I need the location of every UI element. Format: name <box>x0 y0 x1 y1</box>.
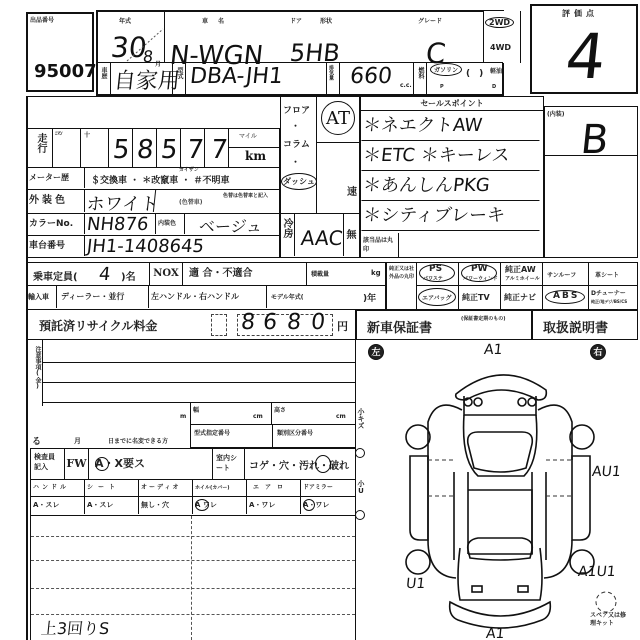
drive-box: 2WD 4WD <box>483 11 521 63</box>
damage-mark-left-rear: U1 <box>405 576 426 592</box>
equip-label: PS <box>429 264 442 274</box>
equip-ps: PS パワステ <box>417 263 459 285</box>
import-label: 輸入車 <box>27 286 57 308</box>
capacity-unit: )名 <box>121 268 136 283</box>
capacity-label: 乗車定員( <box>33 268 78 283</box>
fuel-label: 燃料 <box>416 67 425 79</box>
fuel-p: P <box>440 84 444 90</box>
meter-label: メーター歴 <box>27 168 85 188</box>
height-cell: 高さ cm <box>272 403 356 425</box>
sales-point-item: ＊あんしんPKG <box>361 171 542 201</box>
fuel-gasoline: ガソリン <box>430 63 462 76</box>
mileage-label: 走行 <box>33 133 48 153</box>
color-no-value: NH876 <box>86 214 150 235</box>
type-number-row: 型式指定番号 類別区分番号 <box>190 424 356 448</box>
class-label: 類別区分番号 <box>277 428 313 437</box>
manual-label: 取扱説明書 <box>543 317 608 336</box>
width-unit: cm <box>253 413 263 420</box>
equip-label: ABS <box>553 291 579 301</box>
part-header: ドアミラー <box>301 480 355 496</box>
fuel-d: D <box>492 84 496 90</box>
lot-label: 出品番号 <box>30 15 54 24</box>
damage-mark-right-rear: A1U1 <box>577 564 616 580</box>
repaint-label: (色替車) <box>179 197 203 206</box>
ac-none: 無 <box>343 214 359 256</box>
equip-label: PW <box>471 264 488 274</box>
capacity-row: 乗車定員( 4 )名 NOX 適 合・不適合 積載量 kg <box>26 262 386 286</box>
score-box: 評価点 4 <box>530 4 638 94</box>
inspector-label: 検査員記入 <box>31 449 65 479</box>
recycle-digit: 8 <box>240 310 257 335</box>
interior-color-label: 内装色 <box>155 214 185 234</box>
inspection-month-label: 月 <box>74 436 81 446</box>
interior-grade: B <box>579 117 611 163</box>
seat-label: 室内シート <box>213 449 245 479</box>
equip-sub: アルミホイール <box>505 275 540 282</box>
recycle-digit: 8 <box>286 310 303 335</box>
part-value: A・スレ <box>85 497 139 514</box>
equip-label: 純正TV <box>462 292 490 303</box>
equip-navi: 純正ナビ <box>501 286 543 309</box>
equip-pw: PW パワーウィンド <box>459 263 501 285</box>
color-label: 外装色 <box>27 190 85 212</box>
warranty-label: 新車保証書 <box>367 317 432 336</box>
notes-box: 注意事項(金) <box>26 340 356 408</box>
meter-kana: カイザン <box>179 166 199 173</box>
year-cell: 年式 30 8 月 <box>97 11 165 63</box>
mileage-digit-4: 5 <box>157 129 181 167</box>
speed-label: 速 <box>347 183 357 198</box>
shift-column: フロア ・ コラム ・ ダッシュ AT 速 <box>280 96 360 214</box>
part-selected-circle <box>303 499 315 511</box>
manual-cell: 取扱説明書 <box>532 310 638 340</box>
equip-label: サンルーフ <box>547 270 576 279</box>
mileage-digit-value: 5 <box>159 135 179 165</box>
sales-point-item: ＊シティブレーキ <box>361 201 542 231</box>
inspection-note: 日までに名変できる方 <box>108 436 168 445</box>
model-year-label: モデル年式( <box>271 292 303 301</box>
shift-labels: フロア ・ コラム ・ ダッシュ <box>281 97 317 213</box>
fw-label: FW <box>65 449 89 479</box>
car-name-label: 車名 <box>202 16 234 25</box>
lower-notes: 上3回りS <box>30 516 356 640</box>
fuel-diesel: 軽油 <box>490 66 502 75</box>
car-outline-icon <box>356 340 640 640</box>
capacity-value: 4 <box>98 264 112 285</box>
door-label: ドア <box>290 16 302 25</box>
inspection-year-label: る <box>32 434 41 447</box>
mileage-label-cell: 走行 <box>27 129 53 167</box>
center-divider <box>191 516 192 640</box>
part-value: 無し・穴 <box>139 497 193 514</box>
body-label: 形状 <box>320 16 332 25</box>
equip-label: Dチューナー <box>591 288 626 297</box>
meter-options: ＄交換車 ・ ＊改竄車 ・ ＃不明車 <box>91 173 230 186</box>
recycle-row: 預託済リサイクル料金 8 6 8 0 円 <box>26 310 356 340</box>
grade-cell: グレード C <box>400 11 480 63</box>
trans-value: AT <box>321 101 355 135</box>
shift-dash: ダッシュ <box>281 173 317 190</box>
equip-label: 純正ナビ <box>504 292 536 303</box>
shift-column-label: コラム <box>283 137 310 150</box>
part-header: ハンドル <box>31 480 85 496</box>
recycle-digit: 6 <box>262 310 279 335</box>
model-label-cell: 型式 <box>172 63 186 95</box>
equipment-side-label: 純正又は社外品の丸印 <box>387 263 417 309</box>
trans-cell: AT <box>317 97 359 143</box>
type-label: 型式指定番号 <box>191 425 273 447</box>
equip-leather: 革シート <box>589 263 637 285</box>
load-unit: kg <box>371 269 381 277</box>
displacement-label-cell: 排気量 <box>326 63 340 95</box>
lot-number: 95007 <box>34 61 97 82</box>
diagram-area: 左 右 小キズ 小U <box>356 340 640 640</box>
note-line <box>43 382 355 383</box>
inspector-row: 検査員記入 FW A・X要ス 室内シート コゲ・穴・汚れ・破れ <box>30 448 356 480</box>
damage-mark-rear: A1 <box>485 626 505 640</box>
displacement-label: 排気量 <box>328 65 335 80</box>
color-no-row: カラーNo. NH876 内装色 ベージュ <box>26 214 280 236</box>
score-value: 4 <box>562 20 609 93</box>
usage-label: 車歴 <box>99 67 108 79</box>
mileage-digit-value: 5 <box>111 135 131 165</box>
recycle-unit: 円 <box>337 318 348 334</box>
note-line <box>31 560 355 561</box>
recycle-digit-box <box>211 314 227 336</box>
nox-label: NOX <box>149 263 183 285</box>
length-unit: m <box>180 413 186 420</box>
equip-sunroof: サンルーフ <box>543 263 589 285</box>
interior-box: (内装) B <box>544 106 638 258</box>
equip-tv: 純正TV <box>459 286 501 309</box>
equip-label: 革シート <box>595 270 619 279</box>
shift-dot: ・ <box>291 155 300 168</box>
equip-sub: 純正/地デジ/BS/CS <box>591 299 627 305</box>
import-row: 輸入車 ディーラー・並行 左ハンドル・右ハンドル モデル年式( )年 <box>26 286 386 310</box>
interior-label: (内装) <box>547 109 565 118</box>
ac-value: AAC <box>300 226 344 250</box>
equip-sub: パワステ <box>423 275 443 282</box>
damage-mark-front: A1 <box>483 342 503 358</box>
score-label: 評価点 <box>562 8 598 19</box>
notes-label: 注意事項(金) <box>27 340 43 406</box>
warranty-cell: 新車保証書 (保証書定期のもの) <box>356 310 532 340</box>
mileage-digit-6: 7 <box>205 129 229 167</box>
part-value: A・ワレ <box>247 497 301 514</box>
part-header: シート <box>85 480 139 496</box>
part-header: オーディオ <box>139 480 193 496</box>
fuel-label-cell: 燃料 <box>413 63 427 95</box>
shift-dot: ・ <box>291 119 300 132</box>
recycle-label: 預託済リサイクル料金 <box>39 317 157 334</box>
width-label: 幅 <box>193 405 199 414</box>
mileage-digit-value: 7 <box>185 135 205 165</box>
mileage-digit-5: 7 <box>181 129 205 167</box>
digit-label: 十 <box>84 130 90 139</box>
fuel-paren: ( ) <box>466 66 483 79</box>
mileage-row: 走行 ﾆﾏﾝ 十 5 8 5 7 7 マイル km <box>26 128 280 168</box>
model-year-unit: )年 <box>363 291 376 304</box>
ac-label: 冷房 <box>281 214 295 256</box>
seat-options: コゲ・穴・汚れ・破れ <box>249 457 349 472</box>
height-unit: cm <box>336 413 346 420</box>
chassis-row: 車台番号 JH1-1408645 <box>26 236 280 258</box>
part-header: エアロ <box>247 480 301 496</box>
note-line <box>31 614 355 615</box>
equip-sub: パワーウィンド <box>463 275 498 282</box>
displacement-unit: c.c. <box>400 82 412 89</box>
inspection-date-row: る 月 日までに名変できる方 <box>30 434 190 448</box>
car-name-cell: 車名 N-WGN <box>166 11 286 63</box>
nox-options: 適 合・不適合 <box>185 263 307 285</box>
equip-label: 純正AW <box>505 264 536 275</box>
meter-row: メーター歴 ＄交換車 ・ ＊改竄車 ・ ＃不明車 カイザン <box>26 168 280 190</box>
sales-points-label: セールスポイント <box>361 97 543 111</box>
sales-points-box: セールスポイント ＊ネエクトAW ＊ETC ＊キーレス ＊あんしんPKG ＊シテ… <box>360 96 544 258</box>
chassis-label: 車台番号 <box>27 236 85 256</box>
lot-number-box: 出品番号 95007 <box>26 12 94 92</box>
mileage-digit-1: 十 <box>81 129 109 167</box>
note-line <box>31 536 355 537</box>
load-label: 積載量 <box>311 269 329 278</box>
mileage-digit-2: 5 <box>109 129 133 167</box>
equip-abs: ABS <box>543 286 589 309</box>
mileage-digit-0: ﾆﾏﾝ <box>53 129 81 167</box>
damage-mark-right-front: AU1 <box>591 464 621 480</box>
note-line <box>43 362 355 363</box>
drive-4wd: 4WD <box>490 43 511 52</box>
handwritten-note: 上3回りS <box>40 616 111 639</box>
width-cell: 幅 cm <box>190 403 272 425</box>
repaint-note: 色替は色替車と記入 <box>223 193 273 200</box>
note-line <box>31 588 355 589</box>
model-label: 型式 <box>175 67 184 79</box>
color-value: ホワイト <box>86 190 156 212</box>
import-dealer: ディーラー・並行 <box>59 286 149 308</box>
mileage-digit-value: 7 <box>209 135 229 165</box>
doors-cell: ドア 形状 5HB <box>290 11 400 63</box>
recycle-digit: 0 <box>310 310 327 335</box>
chassis-value: JH1-1408645 <box>86 236 205 257</box>
color-row: 外装色 ホワイト (色替車) 色替は色替車と記入 <box>26 190 280 214</box>
equip-aw: 純正AW アルミホイール <box>501 263 543 285</box>
usage-label-cell: 車歴 <box>97 63 111 95</box>
equip-airbag: エアバッグ <box>417 286 459 309</box>
unit-km: km <box>245 149 266 163</box>
mileage-unit-cell: マイル km <box>229 129 279 167</box>
unit-mile: マイル <box>239 131 257 140</box>
import-handle: 左ハンドル・右ハンドル <box>149 286 267 308</box>
part-header: ホイル(カバー) <box>193 480 247 496</box>
displacement-value: 660 <box>349 64 394 89</box>
sales-point-item: ＊ETC ＊キーレス <box>361 141 542 171</box>
parts-grid: ハンドル シート オーディオ ホイル(カバー) エアロ ドアミラー A・スレ A… <box>30 480 356 516</box>
model-code: DBA-JH1 <box>189 64 284 89</box>
grade-label: グレード <box>418 16 442 25</box>
part-selected-circle <box>195 499 209 511</box>
equipment-grid: 純正又は社外品の丸印 PS パワステ PW パワーウィンド 純正AW アルミホイ… <box>386 262 638 310</box>
dimension-row: m 幅 cm 高さ cm <box>190 402 356 426</box>
digit-label: ﾆﾏﾝ <box>55 130 63 137</box>
unit-divider <box>229 147 279 148</box>
ac-row: 冷房 AAC 無 <box>280 214 360 258</box>
sales-point-item: ＊ネエクトAW <box>361 111 542 141</box>
equip-dtuner: Dチューナー 純正/地デジ/BS/CS <box>589 286 637 309</box>
interior-divider <box>545 155 637 156</box>
interior-color-value: ベージュ <box>198 214 264 237</box>
mileage-digit-3: 8 <box>133 129 157 167</box>
main-form-frame <box>26 96 280 97</box>
warranty-note: (保証書定期のもの) <box>461 315 519 323</box>
color-no-label: カラーNo. <box>27 214 85 234</box>
mileage-digit-value: 8 <box>135 135 155 165</box>
fw-selected-circle <box>95 457 109 471</box>
seat-selected-circle <box>315 455 331 473</box>
shift-floor: フロア <box>283 103 310 116</box>
equip-label: エアバッグ <box>422 293 452 302</box>
sales-note-label: 該当品は丸印 <box>361 233 399 257</box>
part-value: A・スレ <box>31 497 85 514</box>
height-label: 高さ <box>274 405 286 414</box>
drive-2wd: 2WD <box>485 17 514 28</box>
spare-label: スペア又は修理キット <box>590 612 630 628</box>
